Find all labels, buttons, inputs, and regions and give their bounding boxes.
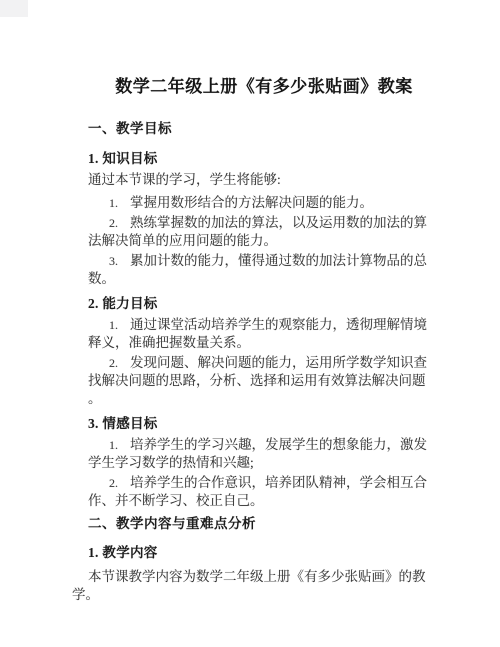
item-number: 1. [109,194,130,212]
item-line: 释义，准确把握数量关系。 [88,334,440,352]
item-number: 2. [109,214,130,232]
item-text: 培养学生的合作意识，培养团队精神，学会相互合 [130,475,427,490]
item-text: 累加计数的能力，懂得通过数的加法计算物品的总 [130,253,427,268]
item-line: 2.熟练掌握数的加法的算法，以及运用数的加法的算 [88,214,440,232]
item-line: 。 [88,390,440,408]
document-title: 数学二年级上册《有多少张贴画》教案 [60,72,468,97]
item-text: 发现问题、解决问题的能力，运用所学数学知识查 [130,355,427,370]
item-line: 找解决问题的思路，分析、选择和运用有效算法解决问题 [88,372,440,390]
list-item: 3.累加计数的能力，懂得通过数的加法计算物品的总 数。 [88,252,440,288]
item-text: 培养学生的学习兴趣，发展学生的想象能力，激发 [130,437,427,452]
item-text: 通过课堂活动培养学生的观察能力，透彻理解情境 [130,317,427,332]
item-line: 法解决简单的应用问题的能力。 [88,232,440,250]
item-line: 作、并不断学习、校正自己。 [88,492,440,510]
item-line: 学生学习数学的热情和兴趣; [88,454,440,472]
teaching-content-paragraph: 本节课教学内容为数学二年级上册《有多少张贴画》的教 学。 [88,568,440,604]
item-number: 2. [109,354,130,372]
document-content: 数学二年级上册《有多少张贴画》教案 一、教学目标 1. 知识目标 通过本节课的学… [0,0,500,604]
item-text: 掌握用数形结合的方法解决问题的能力。 [130,195,373,210]
subsection-heading-emotion-goals: 3. 情感目标 [88,412,440,432]
scan-corner-artifact [0,0,28,17]
item-line: 1.掌握用数形结合的方法解决问题的能力。 [88,194,440,212]
list-item: 1.培养学生的学习兴趣，发展学生的想象能力，激发 学生学习数学的热情和兴趣; [88,436,440,472]
section-heading-content-analysis: 二、教学内容与重难点分析 [88,512,440,532]
item-number: 1. [109,316,130,334]
list-item: 1.掌握用数形结合的方法解决问题的能力。 [88,194,440,212]
item-line: 2.发现问题、解决问题的能力，运用所学数学知识查 [88,354,440,372]
subsection-heading-ability-goals: 2. 能力目标 [88,292,440,312]
item-line: 3.累加计数的能力，懂得通过数的加法计算物品的总 [88,252,440,270]
item-line: 1.培养学生的学习兴趣，发展学生的想象能力，激发 [88,436,440,454]
item-text: 熟练掌握数的加法的算法，以及运用数的加法的算 [130,215,427,230]
item-line: 1.通过课堂活动培养学生的观察能力，透彻理解情境 [88,316,440,334]
paragraph-line: 本节课教学内容为数学二年级上册《有多少张贴画》的教 [88,568,440,586]
list-item: 2.发现问题、解决问题的能力，运用所学数学知识查 找解决问题的思路，分析、选择和… [88,354,440,408]
paragraph-line: 学。 [72,586,440,604]
item-number: 2. [109,474,130,492]
document-page: 数学二年级上册《有多少张贴画》教案 一、教学目标 1. 知识目标 通过本节课的学… [0,0,500,647]
list-item: 1.通过课堂活动培养学生的观察能力，透彻理解情境 释义，准确把握数量关系。 [88,316,440,352]
subsection-heading-knowledge-goals: 1. 知识目标 [88,147,440,167]
subsection-heading-teaching-content: 1. 教学内容 [88,541,440,561]
section-heading-teaching-goals: 一、教学目标 [88,117,440,137]
list-item: 2.熟练掌握数的加法的算法，以及运用数的加法的算 法解决简单的应用问题的能力。 [88,214,440,250]
knowledge-goals-intro: 通过本节课的学习，学生将能够: [88,171,440,189]
item-number: 1. [109,436,130,454]
item-number: 3. [109,252,130,270]
item-line: 数。 [88,270,440,288]
list-item: 2.培养学生的合作意识，培养团队精神，学会相互合 作、并不断学习、校正自己。 [88,474,440,510]
item-line: 2.培养学生的合作意识，培养团队精神，学会相互合 [88,474,440,492]
